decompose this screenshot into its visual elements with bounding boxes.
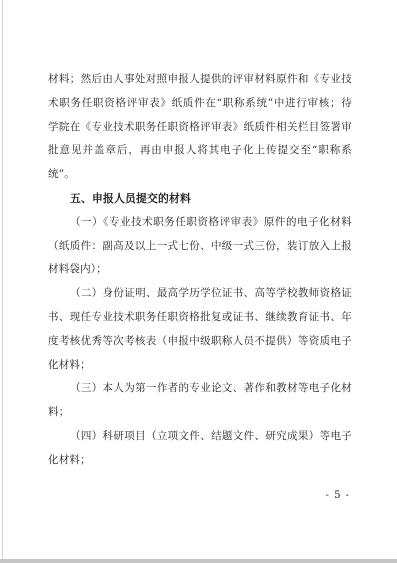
- text-line: 料；: [48, 401, 352, 425]
- scan-edge-bottom: [0, 559, 397, 563]
- paragraph: 材料；然后由人事处对照申报人提供的评审材料原件和《专业技术职务任职资格评审表》纸…: [48, 68, 352, 187]
- paragraph: （二）身份证明、最高学历学位证书、高等学校教师资格证书、现任专业技术职务任职资格…: [48, 282, 352, 377]
- text-line: 统”。: [48, 163, 352, 187]
- text-line: 材料袋内）；: [48, 258, 352, 282]
- paragraph: （四）科研项目（立项文件、结题文件、研究成果）等电子化材料；: [48, 425, 352, 473]
- text-line: 化材料；: [48, 449, 352, 473]
- text-line: （三）本人为第一作者的专业论文、著作和教材等电子化材: [48, 377, 352, 401]
- text-line: 化材料；: [48, 354, 352, 378]
- scan-edge-left: [2, 0, 3, 563]
- text-line: 材料；然后由人事处对照申报人提供的评审材料原件和《专业技: [48, 68, 352, 92]
- text-line: 度考核优秀等次考核表（申报中级职称人员不提供）等资质电子: [48, 330, 352, 354]
- text-line: 书、现任专业技术职务任职资格批复或证书、继续教育证书、年: [48, 306, 352, 330]
- document-content: 材料；然后由人事处对照申报人提供的评审材料原件和《专业技术职务任职资格评审表》纸…: [48, 68, 352, 473]
- section-heading: 五、申报人员提交的材料: [48, 187, 352, 211]
- text-line: （四）科研项目（立项文件、结题文件、研究成果）等电子: [48, 425, 352, 449]
- text-line: 术职务任职资格评审表》纸质件在“职称系统”中进行审核；待: [48, 92, 352, 116]
- text-line: 学院在《专业技术职务任职资格评审表》纸质件相关栏目签署审: [48, 116, 352, 140]
- paragraph: （三）本人为第一作者的专业论文、著作和教材等电子化材料；: [48, 377, 352, 425]
- text-line: 五、申报人员提交的材料: [48, 187, 352, 211]
- text-line: 批意见并盖章后，再由申报人将其电子化上传提交至“职称系: [48, 139, 352, 163]
- page-number: - 5 -: [326, 489, 350, 503]
- document-page: 材料；然后由人事处对照申报人提供的评审材料原件和《专业技术职务任职资格评审表》纸…: [0, 0, 397, 563]
- paragraph: （一）《专业技术职务任职资格评审表》原件的电子化材料（纸质件：副高及以上一式七份…: [48, 211, 352, 282]
- text-line: （纸质件：副高及以上一式七份、中级一式三份，装订放入上报: [48, 235, 352, 259]
- text-line: （一）《专业技术职务任职资格评审表》原件的电子化材料: [48, 211, 352, 235]
- text-line: （二）身份证明、最高学历学位证书、高等学校教师资格证: [48, 282, 352, 306]
